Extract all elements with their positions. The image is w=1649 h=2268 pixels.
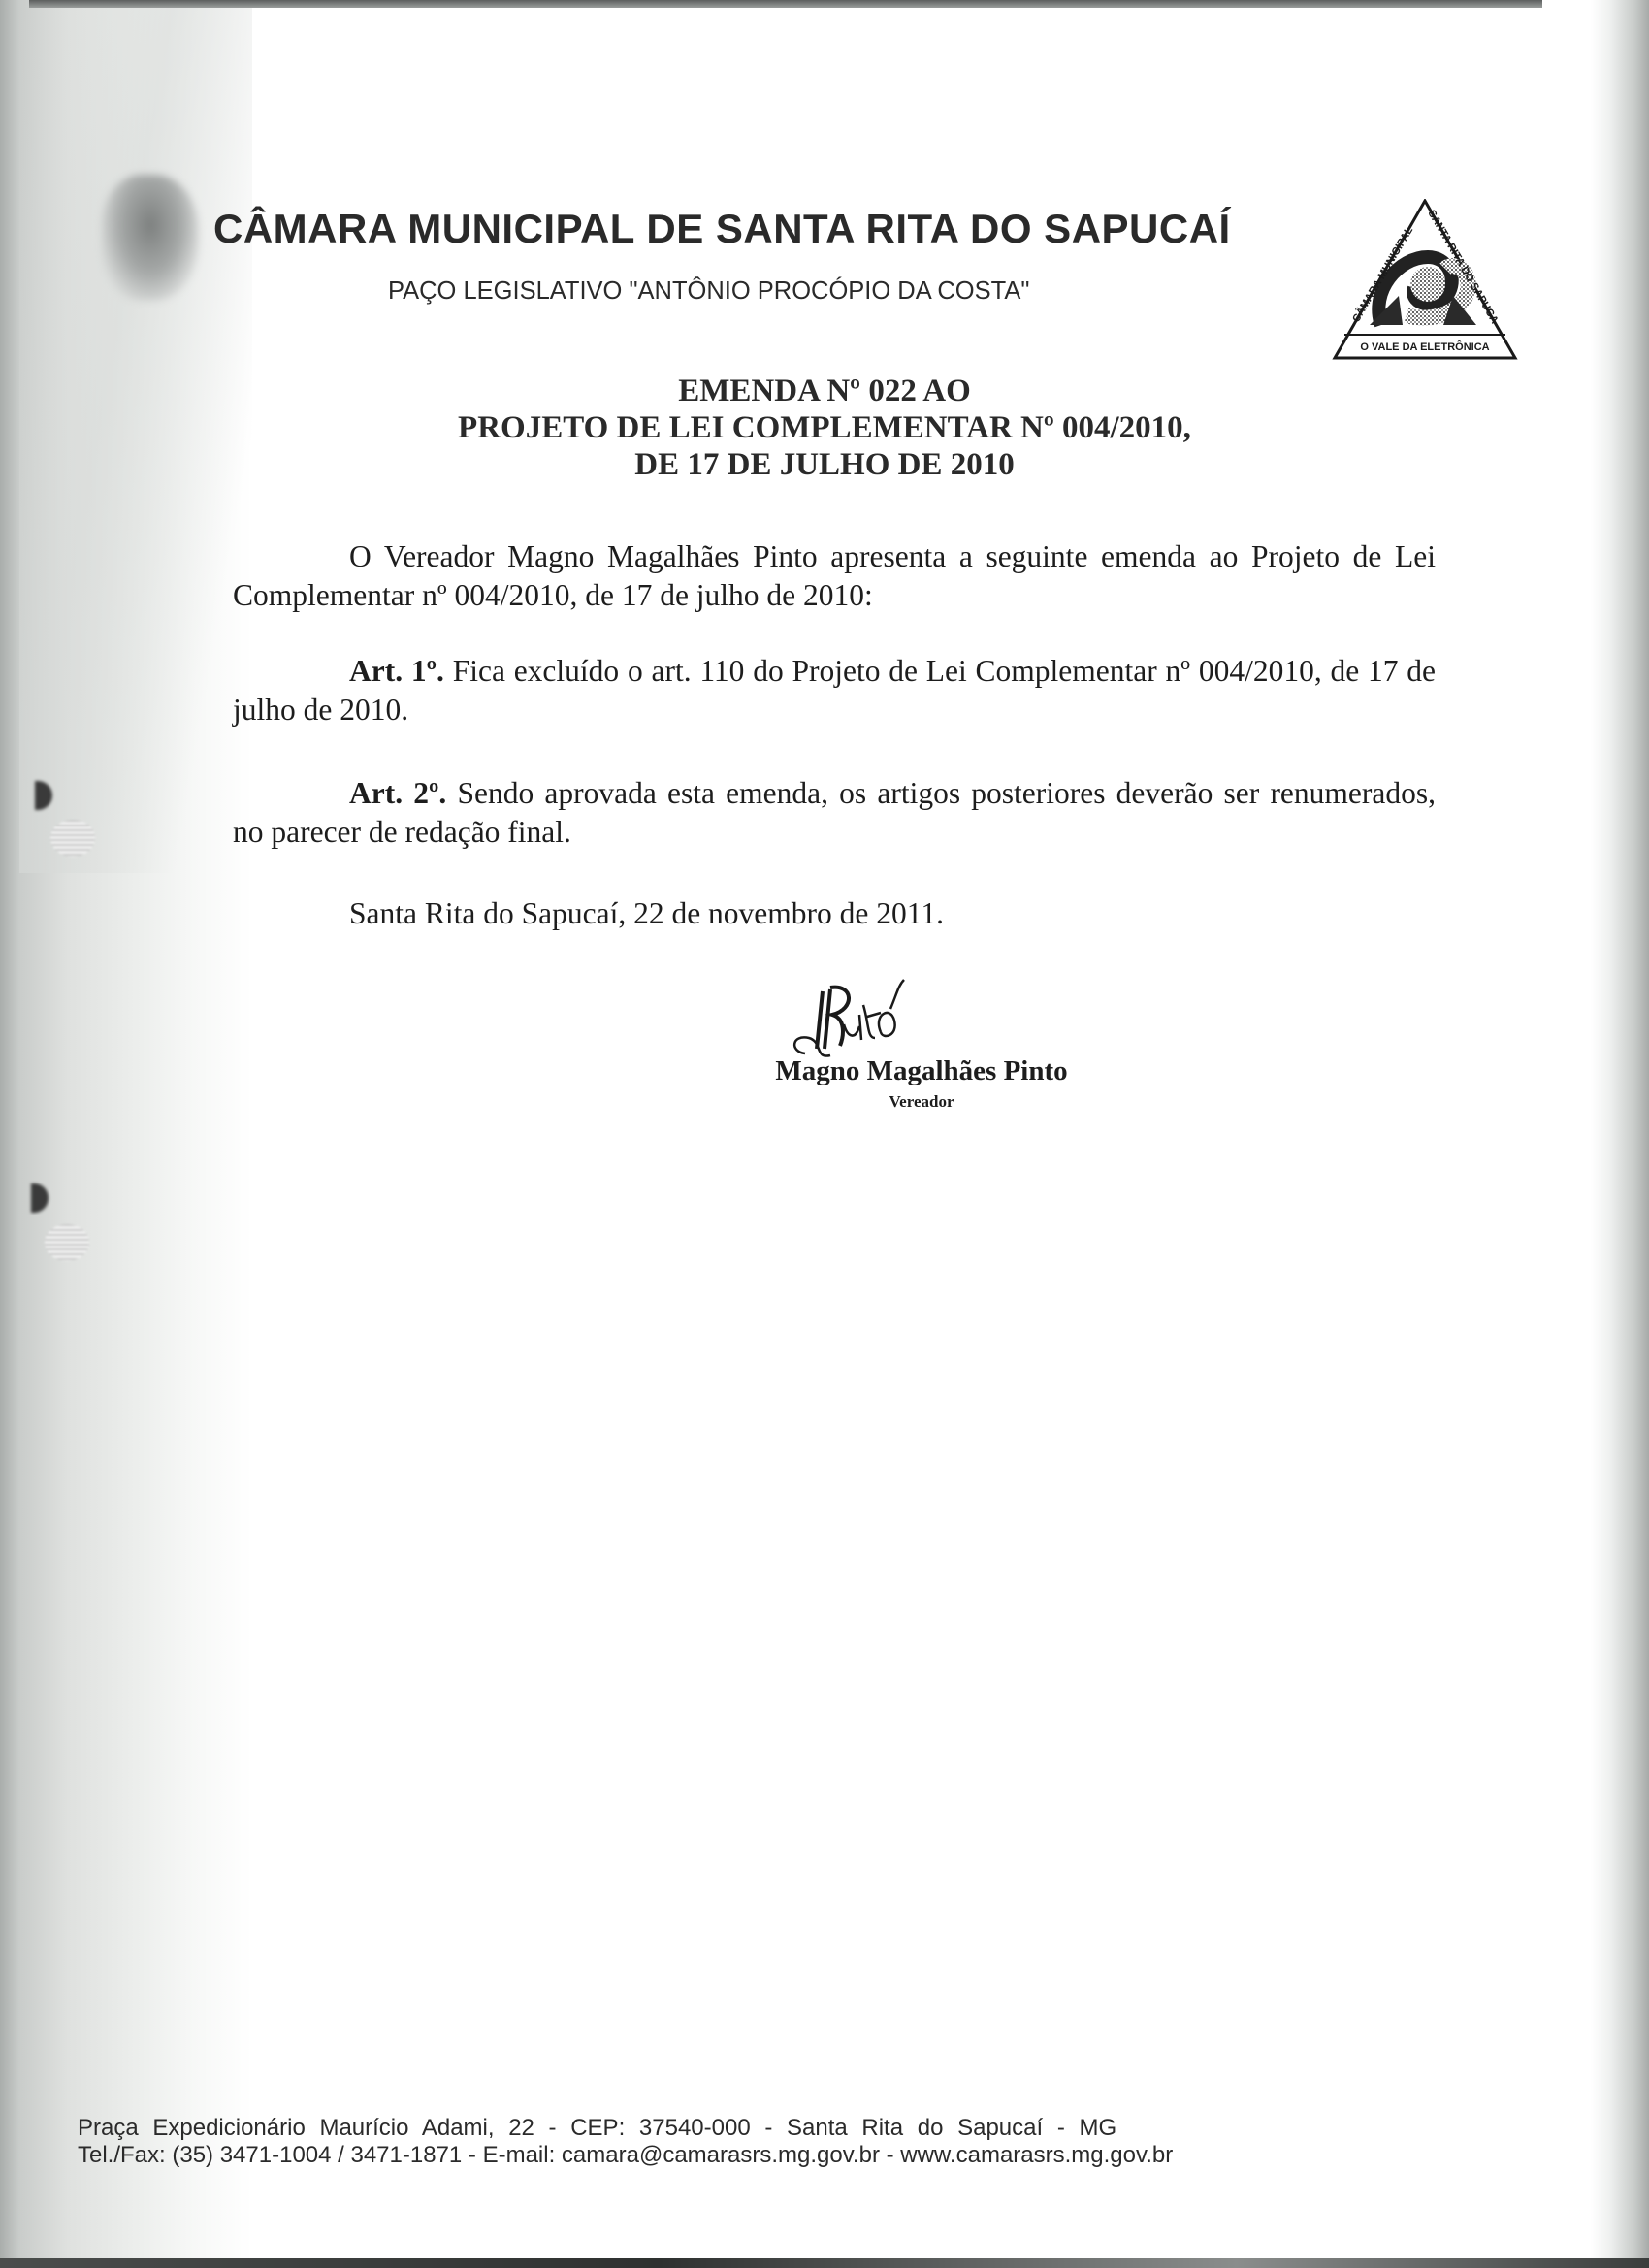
scan-top-edge [29,0,1542,8]
scan-right-edge [1591,0,1649,2268]
article-2-label: Art. 2º. [349,776,446,810]
logo-bottom-text: O VALE DA ELETRÔNICA [1360,340,1489,353]
article-1-label: Art. 1º. [349,654,444,688]
coat-of-arms-icon [102,175,199,301]
signer-role: Vereador [0,1092,1649,1112]
document-title-line2: PROJETO DE LEI COMPLEMENTAR Nº 004/2010, [0,409,1649,446]
place-date: Santa Rita do Sapucaí, 22 de novembro de… [349,896,944,931]
intro-text: O Vereador Magno Magalhães Pinto apresen… [233,539,1436,612]
letterhead-subtitle: PAÇO LEGISLATIVO "ANTÔNIO PROCÓPIO DA CO… [388,277,1029,306]
document-title: EMENDA Nº 022 AO PROJETO DE LEI COMPLEME… [0,373,1649,483]
document-title-line1: EMENDA Nº 022 AO [0,373,1649,409]
article-1: Art. 1º. Fica excluído o art. 110 do Pro… [233,652,1436,729]
letterhead-title: CÂMARA MUNICIPAL DE SANTA RITA DO SAPUCA… [213,206,1377,252]
handwritten-signature-icon [776,976,921,1063]
scan-bottom-edge [0,2258,1649,2268]
article-2: Art. 2º. Sendo aprovada esta emenda, os … [233,774,1436,852]
triangle-seal-icon: CÂMARA MUNICIPAL SANTA RITA DO SAPUCAÍ O… [1331,199,1519,362]
signer-name: Magno Magalhães Pinto [0,1055,1649,1087]
intro-paragraph: O Vereador Magno Magalhães Pinto apresen… [233,537,1436,615]
footer-address: Praça Expedicionário Maurício Adami, 22 … [78,2115,1474,2142]
document-title-line3: DE 17 DE JULHO DE 2010 [0,446,1649,483]
binder-hole-shadow-icon [50,820,95,857]
footer-contact: Tel./Fax: (35) 3471-1004 / 3471-1871 - E… [78,2142,1474,2169]
binder-hole-shadow-icon [45,1224,89,1261]
